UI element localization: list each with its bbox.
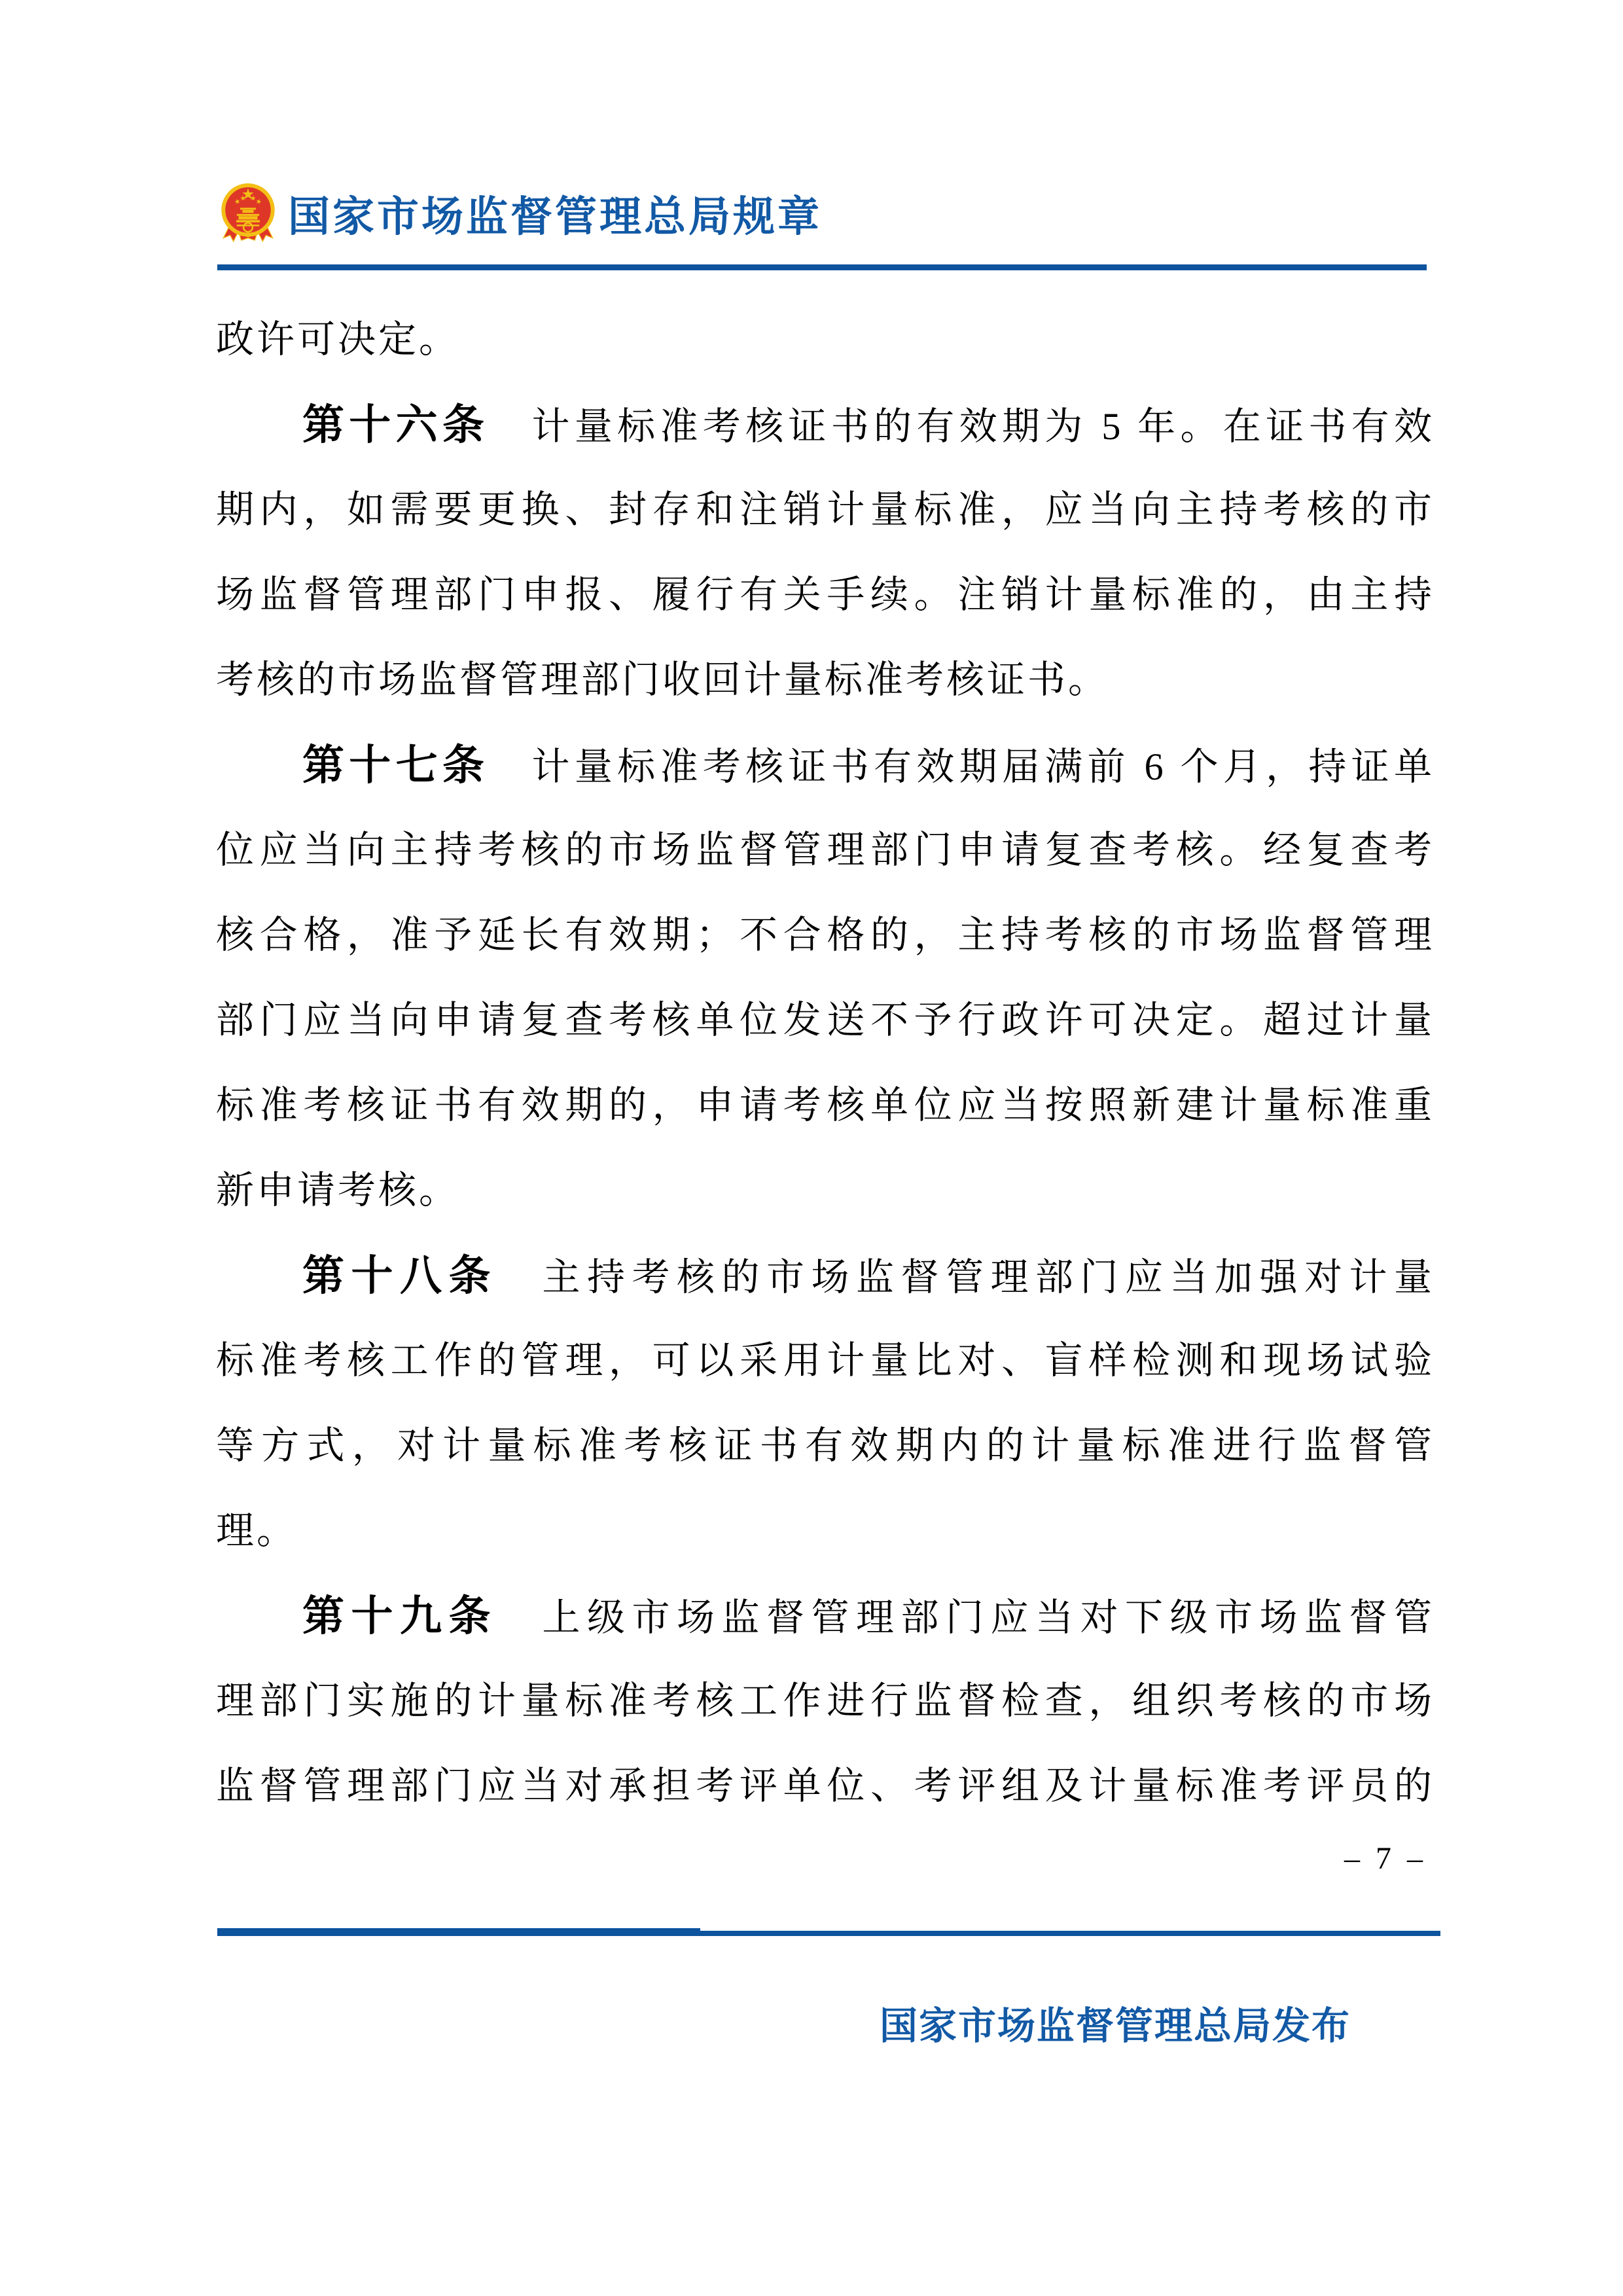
text-line: 第十七条 计量标准考核证书有效期届满前 6 个月，持证单: [216, 723, 1435, 808]
article-number: 第十六条: [302, 401, 489, 448]
header-rule: [217, 264, 1427, 270]
text-line: 核合格，准予延长有效期；不合格的，主持考核的市场监督管理: [216, 893, 1435, 978]
document-header: 国家市场监督管理总局规章: [220, 182, 822, 245]
text-line: 理。: [216, 1488, 1435, 1573]
text-line: 第十九条 上级市场监督管理部门应当对下级市场监督管: [216, 1573, 1435, 1659]
text-line: 场监督管理部门申报、履行有关手续。注销计量标准的，由主持: [216, 552, 1435, 637]
article-number: 第十七条: [302, 742, 489, 789]
text-line: 等方式，对计量标准考核证书有效期内的计量标准进行监督管: [216, 1403, 1435, 1488]
national-emblem-icon: [220, 182, 276, 245]
text-line: 标准考核证书有效期的，申请考核单位应当按照新建计量标准重: [216, 1063, 1435, 1148]
text-line: 位应当向主持考核的市场监督管理部门申请复查考核。经复查考: [216, 808, 1435, 893]
text-line: 新申请考核。: [216, 1148, 1435, 1233]
text-line: 理部门实施的计量标准考核工作进行监督检查，组织考核的市场: [216, 1659, 1435, 1744]
text-line: 部门应当向申请复查考核单位发送不予行政许可决定。超过计量: [216, 978, 1435, 1063]
text-line: 期内，如需要更换、封存和注销计量标准，应当向主持考核的市: [216, 467, 1435, 552]
article-number: 第十九条: [302, 1592, 497, 1640]
publisher-label: 国家市场监督管理总局发布: [880, 1995, 1351, 2050]
footer-rule: [217, 1931, 1440, 1936]
page-number: – 7 –: [1344, 1840, 1427, 1876]
header-title: 国家市场监督管理总局规章: [288, 183, 822, 243]
document-body: 政许可决定。第十六条 计量标准考核证书的有效期为 5 年。在证书有效期内，如需要…: [216, 297, 1435, 1829]
text-line: 政许可决定。: [216, 297, 1435, 382]
text-line: 第十八条 主持考核的市场监督管理部门应当加强对计量: [216, 1233, 1435, 1318]
text-line: 考核的市场监督管理部门收回计量标准考核证书。: [216, 637, 1435, 723]
text-line: 标准考核工作的管理，可以采用计量比对、盲样检测和现场试验: [216, 1318, 1435, 1403]
text-line: 监督管理部门应当对承担考评单位、考评组及计量标准考评员的: [216, 1744, 1435, 1829]
text-line: 第十六条 计量标准考核证书的有效期为 5 年。在证书有效: [216, 382, 1435, 467]
document-page: 国家市场监督管理总局规章 政许可决定。第十六条 计量标准考核证书的有效期为 5 …: [0, 0, 1623, 2296]
article-number: 第十八条: [302, 1252, 497, 1299]
